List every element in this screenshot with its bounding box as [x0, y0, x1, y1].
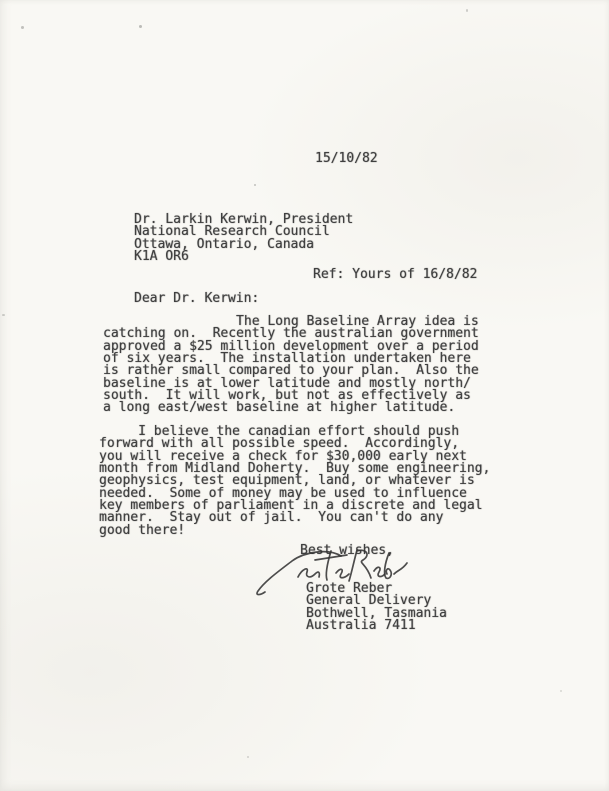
paper-speck	[560, 690, 562, 692]
paper-speck	[254, 184, 256, 186]
sender-line: Australia 7411	[306, 620, 447, 632]
letter-date: 15/10/82	[315, 153, 378, 165]
recipient-address-block: Dr. Larkin Kerwin, President National Re…	[134, 214, 353, 263]
reference-line: Ref: Yours of 16/8/82	[313, 269, 477, 281]
paper-speck	[21, 26, 24, 29]
paper-speck	[247, 756, 249, 758]
paper-speck	[139, 25, 142, 28]
paper-speck	[2, 314, 5, 316]
paper-speck	[466, 9, 468, 12]
paragraph-line: good there!	[99, 525, 490, 537]
body-paragraph-1: The Long Baseline Array idea is catching…	[103, 316, 479, 415]
body-paragraph-2: I believe the canadian effort should pus…	[99, 426, 490, 537]
salutation: Dear Dr. Kerwin:	[134, 293, 259, 305]
sender-address-block: Grote Reber General Delivery Bothwell, T…	[306, 583, 447, 632]
letter-page: 15/10/82 Dr. Larkin Kerwin, President Na…	[0, 0, 609, 791]
paragraph-line: a long east/west baseline at higher lati…	[103, 402, 479, 414]
recipient-line: K1A OR6	[134, 251, 353, 263]
